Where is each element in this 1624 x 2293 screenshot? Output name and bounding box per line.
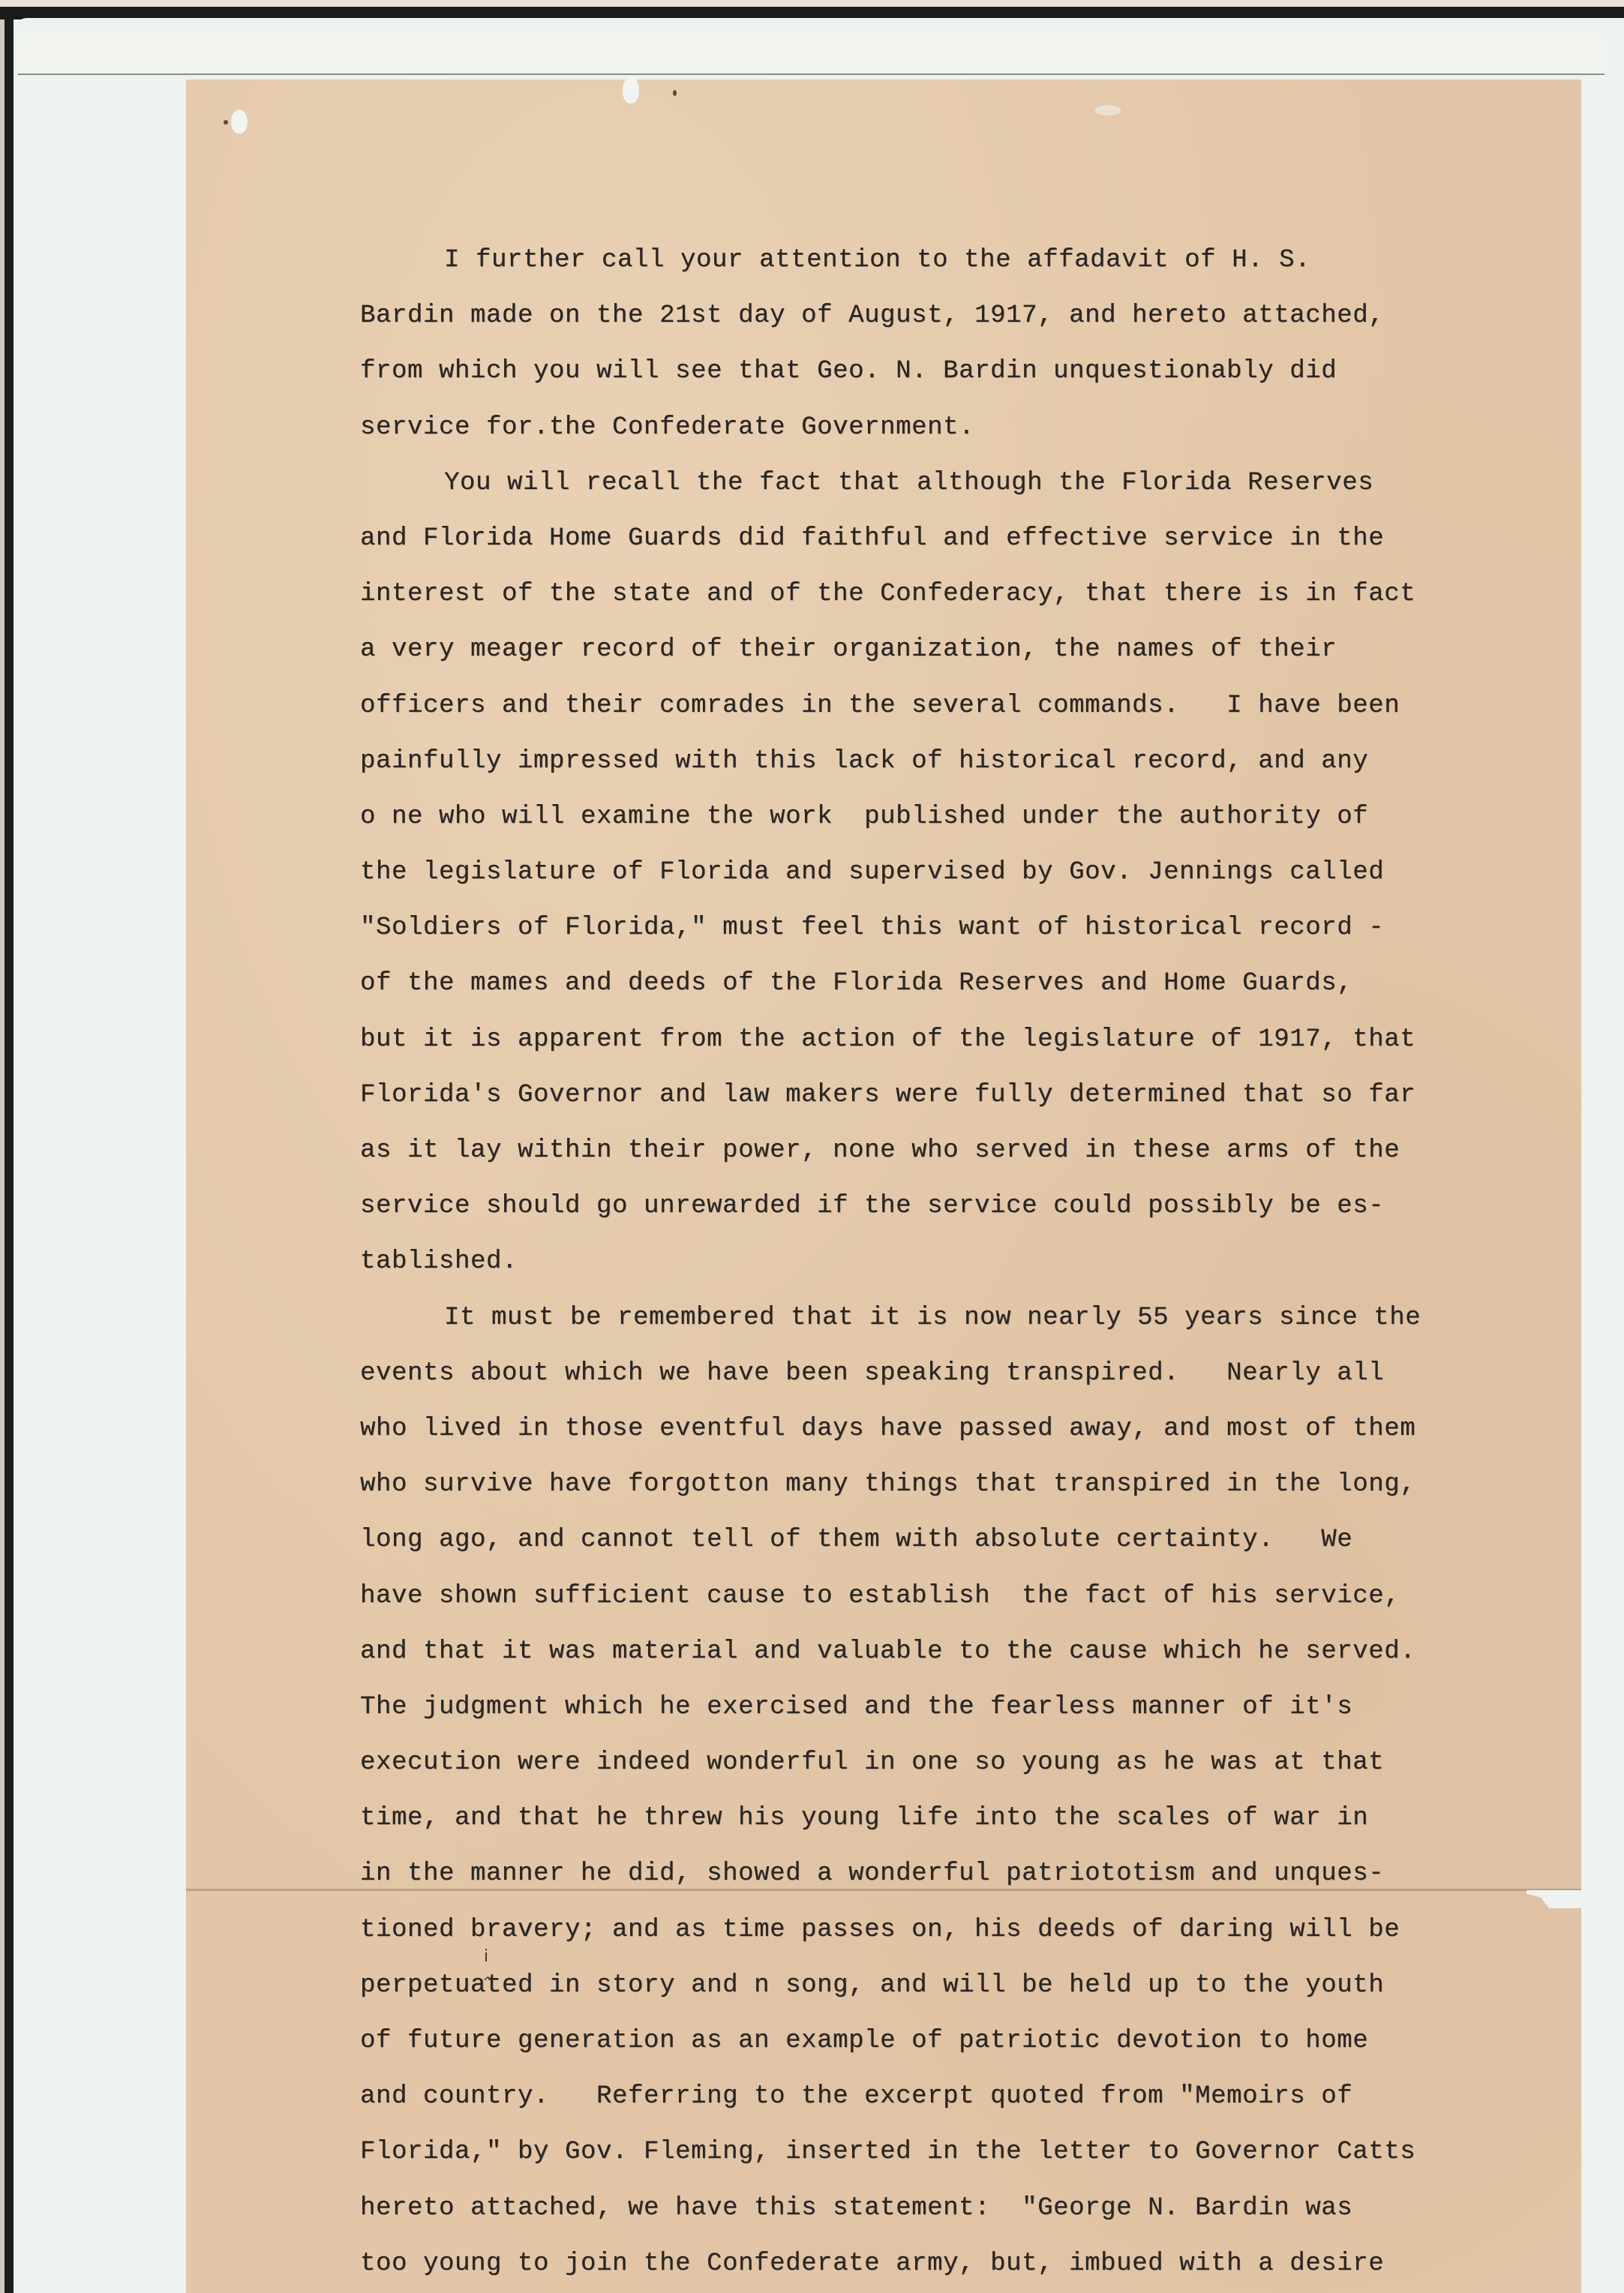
text-line: of future generation as an example of pa… bbox=[360, 2013, 1500, 2069]
text-line: time, and that he threw his young life i… bbox=[360, 1790, 1500, 1846]
handwritten-insert-mark: i bbox=[484, 1947, 488, 1966]
text-line: execution were indeed wonderful in one s… bbox=[360, 1735, 1500, 1790]
text-line: "Soldiers of Florida," must feel this wa… bbox=[360, 900, 1500, 956]
text-line: but it is apparent from the action of th… bbox=[360, 1012, 1500, 1067]
text-line: tioned bravery; and as time passes on, h… bbox=[360, 1902, 1500, 1958]
text-line: service for.the Confederate Government. bbox=[360, 400, 1500, 455]
text-line: long ago, and cannot tell of them with a… bbox=[360, 1512, 1500, 1568]
text-line: The judgment which he exercised and the … bbox=[360, 1679, 1500, 1735]
ink-speck bbox=[673, 90, 677, 96]
text-line: officers and their comrades in the sever… bbox=[360, 678, 1500, 734]
text-line: too young to join the Confederate army, … bbox=[360, 2236, 1500, 2291]
text-line: who lived in those eventful days have pa… bbox=[360, 1401, 1500, 1457]
text-line: have shown sufficient cause to establish… bbox=[360, 1568, 1500, 1624]
scan-frame-top-strip bbox=[0, 0, 1624, 7]
paper-strip-top bbox=[18, 35, 1604, 75]
text-line: in the manner he did, showed a wonderful… bbox=[360, 1846, 1500, 1901]
text-line: hereto attached, we have this statement:… bbox=[360, 2180, 1500, 2236]
scan-frame-left bbox=[5, 0, 14, 2293]
caret-icon: ^ bbox=[482, 1974, 494, 1990]
text-line: as it lay within their power, none who s… bbox=[360, 1123, 1500, 1178]
text-line: service should go unrewarded if the serv… bbox=[360, 1178, 1500, 1234]
text-line: painfully impressed with this lack of hi… bbox=[360, 734, 1500, 789]
text-line: perpetuated in story and n song, and wil… bbox=[360, 1958, 1500, 2013]
text-line: events about which we have been speaking… bbox=[360, 1346, 1500, 1401]
text-line: It must be remembered that it is now nea… bbox=[360, 1290, 1500, 1346]
text-line: and Florida Home Guards did faithful and… bbox=[360, 511, 1500, 566]
text-line: Florida's Governor and law makers were f… bbox=[360, 1067, 1500, 1123]
text-line: tablished. bbox=[360, 1234, 1500, 1289]
text-line: the legislature of Florida and supervise… bbox=[360, 845, 1500, 900]
text-line: from which you will see that Geo. N. Bar… bbox=[360, 344, 1500, 399]
text-line: who survive have forgotton many things t… bbox=[360, 1457, 1500, 1512]
text-line: interest of the state and of the Confede… bbox=[360, 566, 1500, 622]
punch-hole-icon bbox=[623, 77, 639, 104]
letter-body: I further call your attention to the aff… bbox=[360, 233, 1500, 2291]
text-line: You will recall the fact that although t… bbox=[360, 455, 1500, 511]
punch-hole-icon bbox=[231, 110, 248, 134]
text-line: of the mames and deeds of the Florida Re… bbox=[360, 956, 1500, 1011]
text-line: Florida," by Gov. Fleming, inserted in t… bbox=[360, 2124, 1500, 2180]
text-line: a very meager record of their organizati… bbox=[360, 622, 1500, 677]
ink-speck bbox=[224, 120, 228, 125]
text-line: I further call your attention to the aff… bbox=[360, 233, 1500, 288]
text-line: and country. Referring to the excerpt qu… bbox=[360, 2069, 1500, 2124]
text-line: o ne who will examine the work published… bbox=[360, 789, 1500, 845]
text-line: and that it was material and valuable to… bbox=[360, 1624, 1500, 1679]
worn-spot bbox=[1095, 105, 1121, 116]
text-line: Bardin made on the 21st day of August, 1… bbox=[360, 288, 1500, 344]
